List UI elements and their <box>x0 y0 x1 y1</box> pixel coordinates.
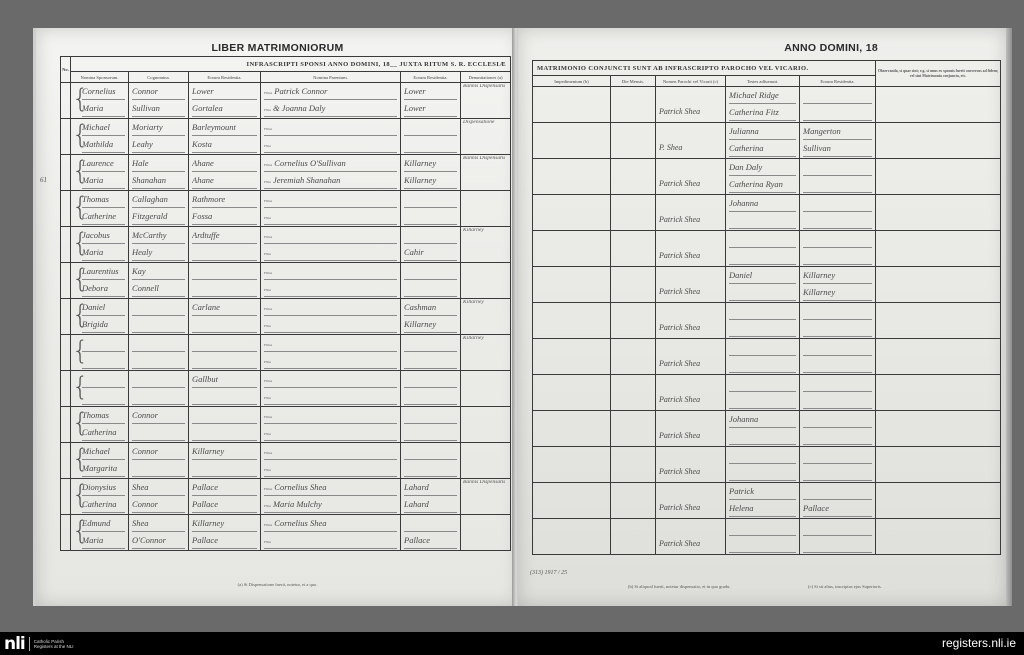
residence-cell <box>189 263 261 299</box>
witness-residence-cell <box>800 447 876 483</box>
denuntiationes-cell <box>461 515 511 551</box>
die-mensis-cell <box>611 375 656 411</box>
parents-residence-2: Lahard <box>404 496 457 513</box>
register-entry-row: {MichaelMargaritaConnorKillarneyFilius F… <box>61 443 511 479</box>
column-header-die-mensis: Die Mensis. <box>611 76 656 87</box>
filius-label: Filius <box>264 271 272 275</box>
left-page: LIBER MATRIMONIORUM 61 No. INFRASCRIPTI … <box>33 28 519 606</box>
witness-1: Daniel <box>729 267 796 284</box>
witness-2 <box>729 464 796 481</box>
die-mensis-cell <box>611 267 656 303</box>
priest-name: Patrick Shea <box>656 483 725 518</box>
priest-name: Patrick Shea <box>656 195 725 230</box>
register-entry-row: {LaurenceMariaHaleShanahanAhaneAhaneFili… <box>61 155 511 191</box>
parents-residence-1 <box>404 191 457 208</box>
register-entry-row: {Filius Filia Killarney <box>61 335 511 371</box>
witness-residence-cell: Pallace <box>800 483 876 519</box>
surnames-cell: CallaghanFitzgerald <box>129 191 189 227</box>
surnames-cell <box>129 371 189 407</box>
footnote-b: (b) Si aliquod fuerit, notetur dispensat… <box>628 584 730 589</box>
entry-number-cell <box>61 407 71 443</box>
witness-2 <box>729 428 796 445</box>
parents-residence-2 <box>404 388 457 405</box>
bride-parents: Filia <box>264 460 397 477</box>
groom-residence <box>192 335 257 352</box>
marriage-day <box>611 339 655 374</box>
witness-residence-2 <box>803 356 872 373</box>
witness-residence-cell: KillarneyKillarney <box>800 267 876 303</box>
entry-number-cell <box>61 335 71 371</box>
priest-name: Patrick Shea <box>656 87 725 122</box>
bride-parents-names: & Joanna Daly <box>273 103 325 113</box>
impedimentum-cell <box>533 483 611 519</box>
parents-cell: Filius Filia <box>261 335 401 371</box>
residence-cell: PallacePallace <box>189 479 261 515</box>
parents-cell: Filius Filia <box>261 119 401 155</box>
die-mensis-cell <box>611 159 656 195</box>
filia-label: Filia <box>264 432 271 436</box>
register-entry-row: Patrick Shea <box>533 231 1001 267</box>
filius-label: Filius <box>264 487 272 491</box>
witness-residence-2 <box>803 176 872 193</box>
parents-residence-1: Cashman <box>404 299 457 316</box>
groom-parents: Filius <box>264 299 397 316</box>
column-header-nomina-parentum: Nomina Parentum. <box>261 72 401 83</box>
filius-label: Filius <box>264 199 272 203</box>
parochus-cell: Patrick Shea <box>656 375 726 411</box>
impedimentum-cell <box>533 231 611 267</box>
column-header-impedimentum: Impedimentum (b) <box>533 76 611 87</box>
observanda-cell <box>876 339 1001 375</box>
register-entry-row: P. SheaJuliannaCatherinaMangertonSulliva… <box>533 123 1001 159</box>
witness-residence-cell <box>800 87 876 123</box>
testes-cell: Johanna <box>726 195 800 231</box>
parents-cell: Filius Filia <box>261 191 401 227</box>
parents-residence-cell <box>401 191 461 227</box>
witness-residence-1 <box>803 231 872 248</box>
parents-residence-2: Killarney <box>404 172 457 189</box>
parents-residence-cell: Pallace <box>401 515 461 551</box>
bride-residence <box>192 352 257 369</box>
priest-name: Patrick Shea <box>656 375 725 410</box>
bride-surname: Connor <box>132 496 185 513</box>
groom-surname: Moriarty <box>132 119 185 136</box>
witness-1: Patrick <box>729 483 796 500</box>
groom-surname: Connor <box>132 83 185 100</box>
residence-cell <box>189 335 261 371</box>
groom-parents: Filius <box>264 263 397 280</box>
filius-label: Filius <box>264 91 272 95</box>
sponsi-names-cell: {MichaelMargarita <box>71 443 129 479</box>
parents-cell: Filius Filia <box>261 227 401 263</box>
filia-label: Filia <box>264 324 271 328</box>
register-entry-row: {GallbutFilius Filia <box>61 371 511 407</box>
parents-residence-cell: CashmanKillarney <box>401 299 461 335</box>
bride-parents: Filia Maria Mulchy <box>264 496 397 513</box>
groom-surname: Hale <box>132 155 185 172</box>
parents-cell: Filius Filia <box>261 371 401 407</box>
parents-residence-cell <box>401 407 461 443</box>
filia-label: Filia <box>264 288 271 292</box>
register-entry-row: Patrick Shea <box>533 447 1001 483</box>
right-band-heading: MATRIMONIO CONJUNCTI SUNT AB INFRASCRIPT… <box>533 61 876 76</box>
denuntiationes-note: Bannis Dispensatis <box>463 84 508 90</box>
brace-icon: { <box>72 264 89 294</box>
column-header-eorum-residentia: Eorum Residentia. <box>189 72 261 83</box>
impedimentum-cell <box>533 303 611 339</box>
groom-residence: Carlane <box>192 299 257 316</box>
groom-parents: Filius Cornelius Shea <box>264 479 397 496</box>
column-header-nomina-sponsorum: Nomina Sponsorum. <box>71 72 129 83</box>
witness-residence-1: Killarney <box>803 267 872 284</box>
brace-icon: { <box>72 192 89 222</box>
witness-residence-cell <box>800 375 876 411</box>
register-entry-row: Patrick Shea <box>533 519 1001 555</box>
parochus-cell: Patrick Shea <box>656 159 726 195</box>
witness-residence-1 <box>803 483 872 500</box>
entry-number-cell <box>61 299 71 335</box>
witness-residence-1 <box>803 375 872 392</box>
groom-residence: Killarney <box>192 443 257 460</box>
groom-parents-names: Patrick Connor <box>274 86 327 96</box>
denuntiationes-cell <box>461 407 511 443</box>
filius-label: Filius <box>264 451 272 455</box>
testes-cell <box>726 519 800 555</box>
bride-surname: Connell <box>132 280 185 297</box>
groom-residence: Barleymount <box>192 119 257 136</box>
register-entry-row: Patrick Shea <box>533 303 1001 339</box>
residence-cell: Gallbut <box>189 371 261 407</box>
groom-residence <box>192 263 257 280</box>
impedimentum-cell <box>533 195 611 231</box>
observanda-cell <box>876 519 1001 555</box>
residence-cell <box>189 407 261 443</box>
bride-parents: Filia <box>264 388 397 405</box>
surnames-cell <box>129 299 189 335</box>
bride-residence: Gortalea <box>192 100 257 117</box>
groom-parents: Filius <box>264 407 397 424</box>
bride-parents: Filia <box>264 532 397 549</box>
denuntiationes-cell: Bannis Dispensatis <box>461 479 511 515</box>
brace-icon: { <box>72 156 89 186</box>
impedimentum-cell <box>533 519 611 555</box>
bride-parents: Filia <box>264 208 397 225</box>
parents-residence-2 <box>404 460 457 477</box>
groom-parents: Filius <box>264 371 397 388</box>
parents-residence-2 <box>404 280 457 297</box>
bride-parents: Filia & Joanna Daly <box>264 100 397 117</box>
denuntiationes-note: Killarney <box>463 336 508 342</box>
bride-surname: Healy <box>132 244 185 261</box>
register-entry-row: Patrick SheaMichael RidgeCatherina Fitz <box>533 87 1001 123</box>
denuntiationes-note: Bannis Dispensatis <box>463 480 508 486</box>
observanda-cell <box>876 123 1001 159</box>
witness-residence-2 <box>803 428 872 445</box>
parents-cell: Filius Filia <box>261 407 401 443</box>
witness-residence-2 <box>803 392 872 409</box>
register-entry-row: {DionysiusCatherinaSheaConnorPallacePall… <box>61 479 511 515</box>
entry-number-cell <box>61 119 71 155</box>
groom-parents: Filius <box>264 191 397 208</box>
groom-surname: Connor <box>132 443 185 460</box>
groom-parents: Filius <box>264 443 397 460</box>
bride-parents: Filia <box>264 244 397 261</box>
groom-residence: Ahane <box>192 155 257 172</box>
marriage-day <box>611 303 655 338</box>
observanda-cell <box>876 195 1001 231</box>
denuntiationes-cell <box>461 443 511 479</box>
priest-name: Patrick Shea <box>656 231 725 266</box>
parents-cell: Filius Cornelius SheaFilia <box>261 515 401 551</box>
surnames-cell: ConnorSullivan <box>129 83 189 119</box>
sponsi-names-cell: {DanielBrigida <box>71 299 129 335</box>
witness-residence-1: Mangerton <box>803 123 872 140</box>
witness-residence-1 <box>803 339 872 356</box>
witness-residence-2 <box>803 320 872 337</box>
groom-surname: Callaghan <box>132 191 185 208</box>
bride-parents-names: Maria Mulchy <box>273 499 322 509</box>
groom-parents-names: Cornelius Shea <box>274 518 326 528</box>
testes-cell: Johanna <box>726 411 800 447</box>
priest-name: Patrick Shea <box>656 339 725 374</box>
surnames-cell: Connor <box>129 407 189 443</box>
column-header-nomen-parochi: Nomen Parochi vel Vicarii (c) <box>656 76 726 87</box>
bride-parents: Filia Jeremiah Shanahan <box>264 172 397 189</box>
observanda-cell <box>876 87 1001 123</box>
parents-residence-1: Lower <box>404 83 457 100</box>
residence-cell: BarleymountKosta <box>189 119 261 155</box>
witness-residence-1 <box>803 447 872 464</box>
parochus-cell: Patrick Shea <box>656 519 726 555</box>
groom-surname <box>132 335 185 352</box>
groom-residence <box>192 407 257 424</box>
nli-logo[interactable]: nli Catholic Parish Registers at the NLI <box>4 635 74 653</box>
die-mensis-cell <box>611 519 656 555</box>
parochus-cell: Patrick Shea <box>656 483 726 519</box>
marriage-day <box>611 375 655 410</box>
nli-logo-text: Catholic Parish Registers at the NLI <box>34 639 74 649</box>
surnames-cell <box>129 335 189 371</box>
surnames-cell: SheaO'Connor <box>129 515 189 551</box>
denuntiationes-note: Killarney <box>463 300 508 306</box>
bride-surname: Fitzgerald <box>132 208 185 225</box>
parochus-cell: Patrick Shea <box>656 195 726 231</box>
testes-cell: Dan DalyCatherina Ryan <box>726 159 800 195</box>
groom-surname <box>132 371 185 388</box>
impedimentum-cell <box>533 123 611 159</box>
bride-surname <box>132 424 185 441</box>
residence-cell: Ardtuffe <box>189 227 261 263</box>
witness-1 <box>729 303 796 320</box>
witness-residence-1 <box>803 303 872 320</box>
parochus-cell: Patrick Shea <box>656 447 726 483</box>
witness-residence-2 <box>803 212 872 229</box>
parents-residence-1 <box>404 335 457 352</box>
book-page-edge <box>1006 28 1012 606</box>
denuntiationes-cell: Dispensatione <box>461 119 511 155</box>
witness-residence-2 <box>803 464 872 481</box>
priest-name: Patrick Shea <box>656 447 725 482</box>
register-entry-row: Patrick SheaPatrickHelenaPallace <box>533 483 1001 519</box>
brace-icon: { <box>72 480 89 510</box>
parents-residence-2 <box>404 208 457 225</box>
observanda-cell <box>876 303 1001 339</box>
groom-residence: Lower <box>192 83 257 100</box>
bride-residence: Ahane <box>192 172 257 189</box>
bride-surname <box>132 316 185 333</box>
denuntiationes-cell <box>461 263 511 299</box>
footnote-c: (c) Si sit alius, inscriptus ejus Superi… <box>808 584 882 589</box>
brace-icon: { <box>72 336 89 366</box>
parents-cell: Filius Filia <box>261 443 401 479</box>
surnames-cell: SheaConnor <box>129 479 189 515</box>
testes-cell: Michael RidgeCatherina Fitz <box>726 87 800 123</box>
testes-cell: JuliannaCatherina <box>726 123 800 159</box>
marriage-day <box>611 87 655 122</box>
groom-surname: McCarthy <box>132 227 185 244</box>
denuntiationes-cell <box>461 191 511 227</box>
parents-residence-cell: LahardLahard <box>401 479 461 515</box>
witness-residence-1 <box>803 195 872 212</box>
testes-cell <box>726 447 800 483</box>
entry-number-cell <box>61 227 71 263</box>
filia-label: Filia <box>264 468 271 472</box>
register-entry-row: Patrick SheaDan DalyCatherina Ryan <box>533 159 1001 195</box>
witness-1 <box>729 519 796 536</box>
sponsi-names-cell: {CorneliusMaria <box>71 83 129 119</box>
die-mensis-cell <box>611 195 656 231</box>
groom-parents: Filius Cornelius Shea <box>264 515 397 532</box>
witness-residence-1 <box>803 87 872 104</box>
residence-cell: Killarney <box>189 443 261 479</box>
parents-residence-1 <box>404 119 457 136</box>
margin-note: 61 <box>40 176 47 184</box>
entry-number-cell <box>61 443 71 479</box>
filius-label: Filius <box>264 235 272 239</box>
impedimentum-cell <box>533 447 611 483</box>
register-entry-row: Patrick Shea <box>533 375 1001 411</box>
register-entry-row: {DanielBrigidaCarlaneFilius Filia Cashma… <box>61 299 511 335</box>
die-mensis-cell <box>611 303 656 339</box>
groom-parents: Filius <box>264 335 397 352</box>
bride-surname: Shanahan <box>132 172 185 189</box>
filia-label: Filia <box>264 216 271 220</box>
denuntiationes-cell: Bannis Dispensatis <box>461 155 511 191</box>
entry-number-cell <box>61 371 71 407</box>
bride-residence: Fossa <box>192 208 257 225</box>
witness-residence-cell <box>800 231 876 267</box>
groom-surname: Shea <box>132 515 185 532</box>
filius-label: Filius <box>264 127 272 131</box>
witness-residence-cell <box>800 411 876 447</box>
observanda-cell <box>876 483 1001 519</box>
die-mensis-cell <box>611 339 656 375</box>
parochus-cell: Patrick Shea <box>656 303 726 339</box>
priest-name: Patrick Shea <box>656 267 725 302</box>
bride-residence <box>192 244 257 261</box>
witness-2: Catherina <box>729 140 796 157</box>
register-entry-row: Patrick Shea <box>533 339 1001 375</box>
denuntiationes-note: Bannis Dispensatis <box>463 156 508 162</box>
impedimentum-cell <box>533 267 611 303</box>
witness-2: Catherina Fitz <box>729 104 796 121</box>
testes-cell <box>726 375 800 411</box>
groom-residence: Killarney <box>192 515 257 532</box>
denuntiationes-cell: Bannis Dispensatis <box>461 83 511 119</box>
groom-parents: Filius Cornelius O'Sullivan <box>264 155 397 172</box>
brace-icon: { <box>72 408 89 438</box>
witness-2 <box>729 284 796 301</box>
residence-cell: Carlane <box>189 299 261 335</box>
observanda-cell <box>876 375 1001 411</box>
brace-icon: { <box>72 120 89 150</box>
testes-cell: Daniel <box>726 267 800 303</box>
nli-logo-mark: nli <box>4 635 25 653</box>
filia-label: Filia <box>264 396 271 400</box>
parents-residence-2: Cahir <box>404 244 457 261</box>
parents-residence-cell: KillarneyKillarney <box>401 155 461 191</box>
witness-residence-cell <box>800 339 876 375</box>
testes-cell <box>726 303 800 339</box>
site-link[interactable]: registers.nli.ie <box>942 636 1016 650</box>
bride-surname: Sullivan <box>132 100 185 117</box>
bride-residence: Pallace <box>192 496 257 513</box>
bride-residence <box>192 388 257 405</box>
groom-surname <box>132 299 185 316</box>
witness-residence-2: Pallace <box>803 500 872 517</box>
witness-2 <box>729 320 796 337</box>
parochus-cell: Patrick Shea <box>656 411 726 447</box>
column-header-testes: Testes adfuerunt. <box>726 76 800 87</box>
filius-label: Filius <box>264 163 272 167</box>
filius-label: Filius <box>264 307 272 311</box>
footer-bar: nli Catholic Parish Registers at the NLI… <box>0 632 1024 655</box>
entry-number-cell <box>61 191 71 227</box>
register-entry-row: {LaurentiusDeboraKayConnellFilius Filia <box>61 263 511 299</box>
sponsi-names-cell: { <box>71 371 129 407</box>
surnames-cell: KayConnell <box>129 263 189 299</box>
parents-cell: Filius Cornelius SheaFilia Maria Mulchy <box>261 479 401 515</box>
register-entry-row: {CorneliusMariaConnorSullivanLowerGortal… <box>61 83 511 119</box>
register-entry-row: Patrick SheaDanielKillarneyKillarney <box>533 267 1001 303</box>
parents-cell: Filius Cornelius O'SullivanFilia Jeremia… <box>261 155 401 191</box>
denuntiationes-cell: Killarney <box>461 335 511 371</box>
witness-2 <box>729 212 796 229</box>
witness-residence-2: Killarney <box>803 284 872 301</box>
bride-parents: Filia <box>264 316 397 333</box>
denuntiationes-cell <box>461 371 511 407</box>
priest-name: Patrick Shea <box>656 303 725 338</box>
sponsi-names-cell: {DionysiusCatherina <box>71 479 129 515</box>
left-band-heading: INFRASCRIPTI SPONSI ANNO DOMINI, 18__ JU… <box>71 57 511 72</box>
witness-1: Dan Daly <box>729 159 796 176</box>
marriage-day <box>611 447 655 482</box>
impedimentum-cell <box>533 159 611 195</box>
parents-residence-2 <box>404 136 457 153</box>
filia-label: Filia <box>264 180 271 184</box>
groom-surname: Shea <box>132 479 185 496</box>
testes-cell <box>726 231 800 267</box>
parents-residence-cell <box>401 443 461 479</box>
marriage-register-table-left: No. INFRASCRIPTI SPONSI ANNO DOMINI, 18_… <box>60 56 511 551</box>
folio-mark: (313) 1917 / 25 <box>530 570 567 577</box>
parents-residence-1 <box>404 407 457 424</box>
marriage-day <box>611 195 655 230</box>
parents-cell: Filius Filia <box>261 299 401 335</box>
bride-surname <box>132 388 185 405</box>
witness-residence-1 <box>803 159 872 176</box>
parents-residence-cell <box>401 263 461 299</box>
